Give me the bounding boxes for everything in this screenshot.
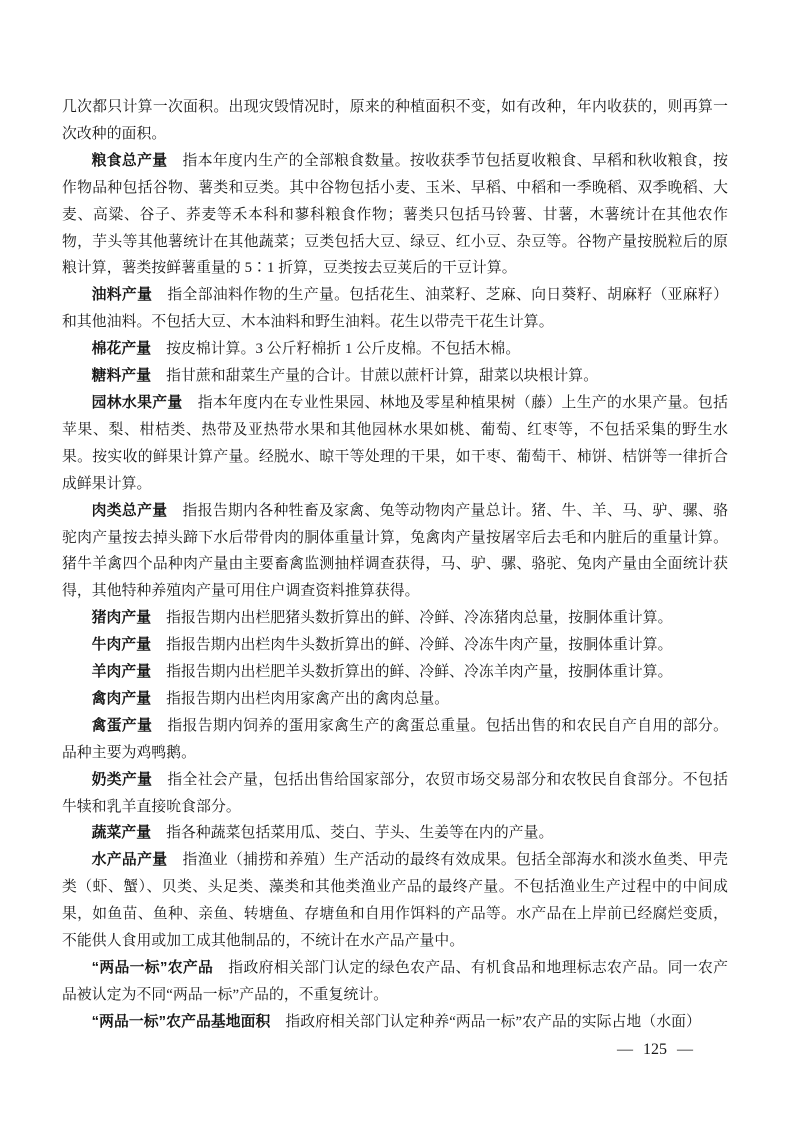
term-label: 奶类产量 bbox=[92, 772, 153, 788]
definition-paragraph: 禽肉产量 指报告期内出栏肉用家禽产出的禽肉总量。 bbox=[62, 686, 728, 713]
definition-paragraph: “两品一标”农产品基地面积 指政府相关部门认定种养“两品一标”农产品的实际占地（… bbox=[62, 1009, 728, 1036]
page-footer: —125— bbox=[607, 1040, 703, 1060]
definition-paragraph: 蔬菜产量 指各种蔬菜包括菜用瓜、茭白、芋头、生姜等在内的产量。 bbox=[62, 820, 728, 847]
definition-paragraph: 肉类总产量 指报告期内各种牲畜及家禽、兔等动物肉产量总计。猪、牛、羊、马、驴、骡… bbox=[62, 498, 728, 606]
term-label: 猪肉产量 bbox=[92, 610, 152, 626]
definition-paragraph: 水产品产量 指渔业（捕捞和养殖）生产活动的最终有效成果。包括全部海水和淡水鱼类、… bbox=[62, 847, 728, 955]
term-label: 蔬菜产量 bbox=[92, 825, 152, 841]
definition-paragraph: 禽蛋产量 指报告期内饲养的蛋用家禽生产的禽蛋总重量。包括出售的和农民自产自用的部… bbox=[62, 713, 728, 767]
term-label: 牛肉产量 bbox=[92, 637, 152, 653]
definition-paragraph: 粮食总产量 指本年度内生产的全部粮食数量。按收获季节包括夏收粮食、早稻和秋收粮食… bbox=[62, 148, 728, 283]
term-label: 棉花产量 bbox=[92, 341, 152, 357]
definition-paragraph: 棉花产量 按皮棉计算。3 公斤籽棉折 1 公斤皮棉。不包括木棉。 bbox=[62, 336, 728, 363]
term-label: 禽肉产量 bbox=[92, 691, 152, 707]
term-label: 水产品产量 bbox=[92, 852, 168, 868]
term-label: 羊肉产量 bbox=[92, 664, 152, 680]
definition-paragraph: 猪肉产量 指报告期内出栏肥猪头数折算出的鲜、冷鲜、冷冻猪肉总量，按胴体重计算。 bbox=[62, 605, 728, 632]
definition-paragraph: 牛肉产量 指报告期内出栏肉牛头数折算出的鲜、冷鲜、冷冻牛肉产量，按胴体重计算。 bbox=[62, 632, 728, 659]
term-label: 禽蛋产量 bbox=[92, 718, 153, 734]
page-body: 几次都只计算一次面积。出现灾毁情况时，原来的种植面积不变，如有改种，年内收获的，… bbox=[62, 94, 728, 1036]
page-number: 125 bbox=[643, 1041, 667, 1058]
term-label: 园林水果产量 bbox=[92, 395, 183, 411]
term-label: 糖料产量 bbox=[92, 368, 152, 384]
footer-dash-left: — bbox=[617, 1041, 633, 1058]
definition-paragraph: 糖料产量 指甘蔗和甜菜生产量的合计。甘蔗以蔗杆计算，甜菜以块根计算。 bbox=[62, 363, 728, 390]
definition-paragraph: 几次都只计算一次面积。出现灾毁情况时，原来的种植面积不变，如有改种，年内收获的，… bbox=[62, 94, 728, 148]
footer-dash-right: — bbox=[677, 1041, 693, 1058]
term-label: 油料产量 bbox=[92, 287, 153, 303]
definition-paragraph: “两品一标”农产品 指政府相关部门认定的绿色农产品、有机食品和地理标志农产品。同… bbox=[62, 955, 728, 1009]
definition-paragraph: 油料产量 指全部油料作物的生产量。包括花生、油菜籽、芝麻、向日葵籽、胡麻籽（亚麻… bbox=[62, 282, 728, 336]
term-label: “两品一标”农产品 bbox=[92, 960, 214, 976]
term-label: 粮食总产量 bbox=[92, 153, 168, 169]
document-page: 几次都只计算一次面积。出现灾毁情况时，原来的种植面积不变，如有改种，年内收获的，… bbox=[0, 0, 793, 1122]
term-label: “两品一标”农产品基地面积 bbox=[92, 1014, 271, 1030]
term-label: 肉类总产量 bbox=[92, 503, 168, 519]
definition-paragraph: 羊肉产量 指报告期内出栏肥羊头数折算出的鲜、冷鲜、冷冻羊肉产量，按胴体重计算。 bbox=[62, 659, 728, 686]
definition-paragraph: 奶类产量 指全社会产量，包括出售给国家部分，农贸市场交易部分和农牧民自食部分。不… bbox=[62, 767, 728, 821]
definition-paragraph: 园林水果产量 指本年度内在专业性果园、林地及零星种植果树（藤）上生产的水果产量。… bbox=[62, 390, 728, 498]
